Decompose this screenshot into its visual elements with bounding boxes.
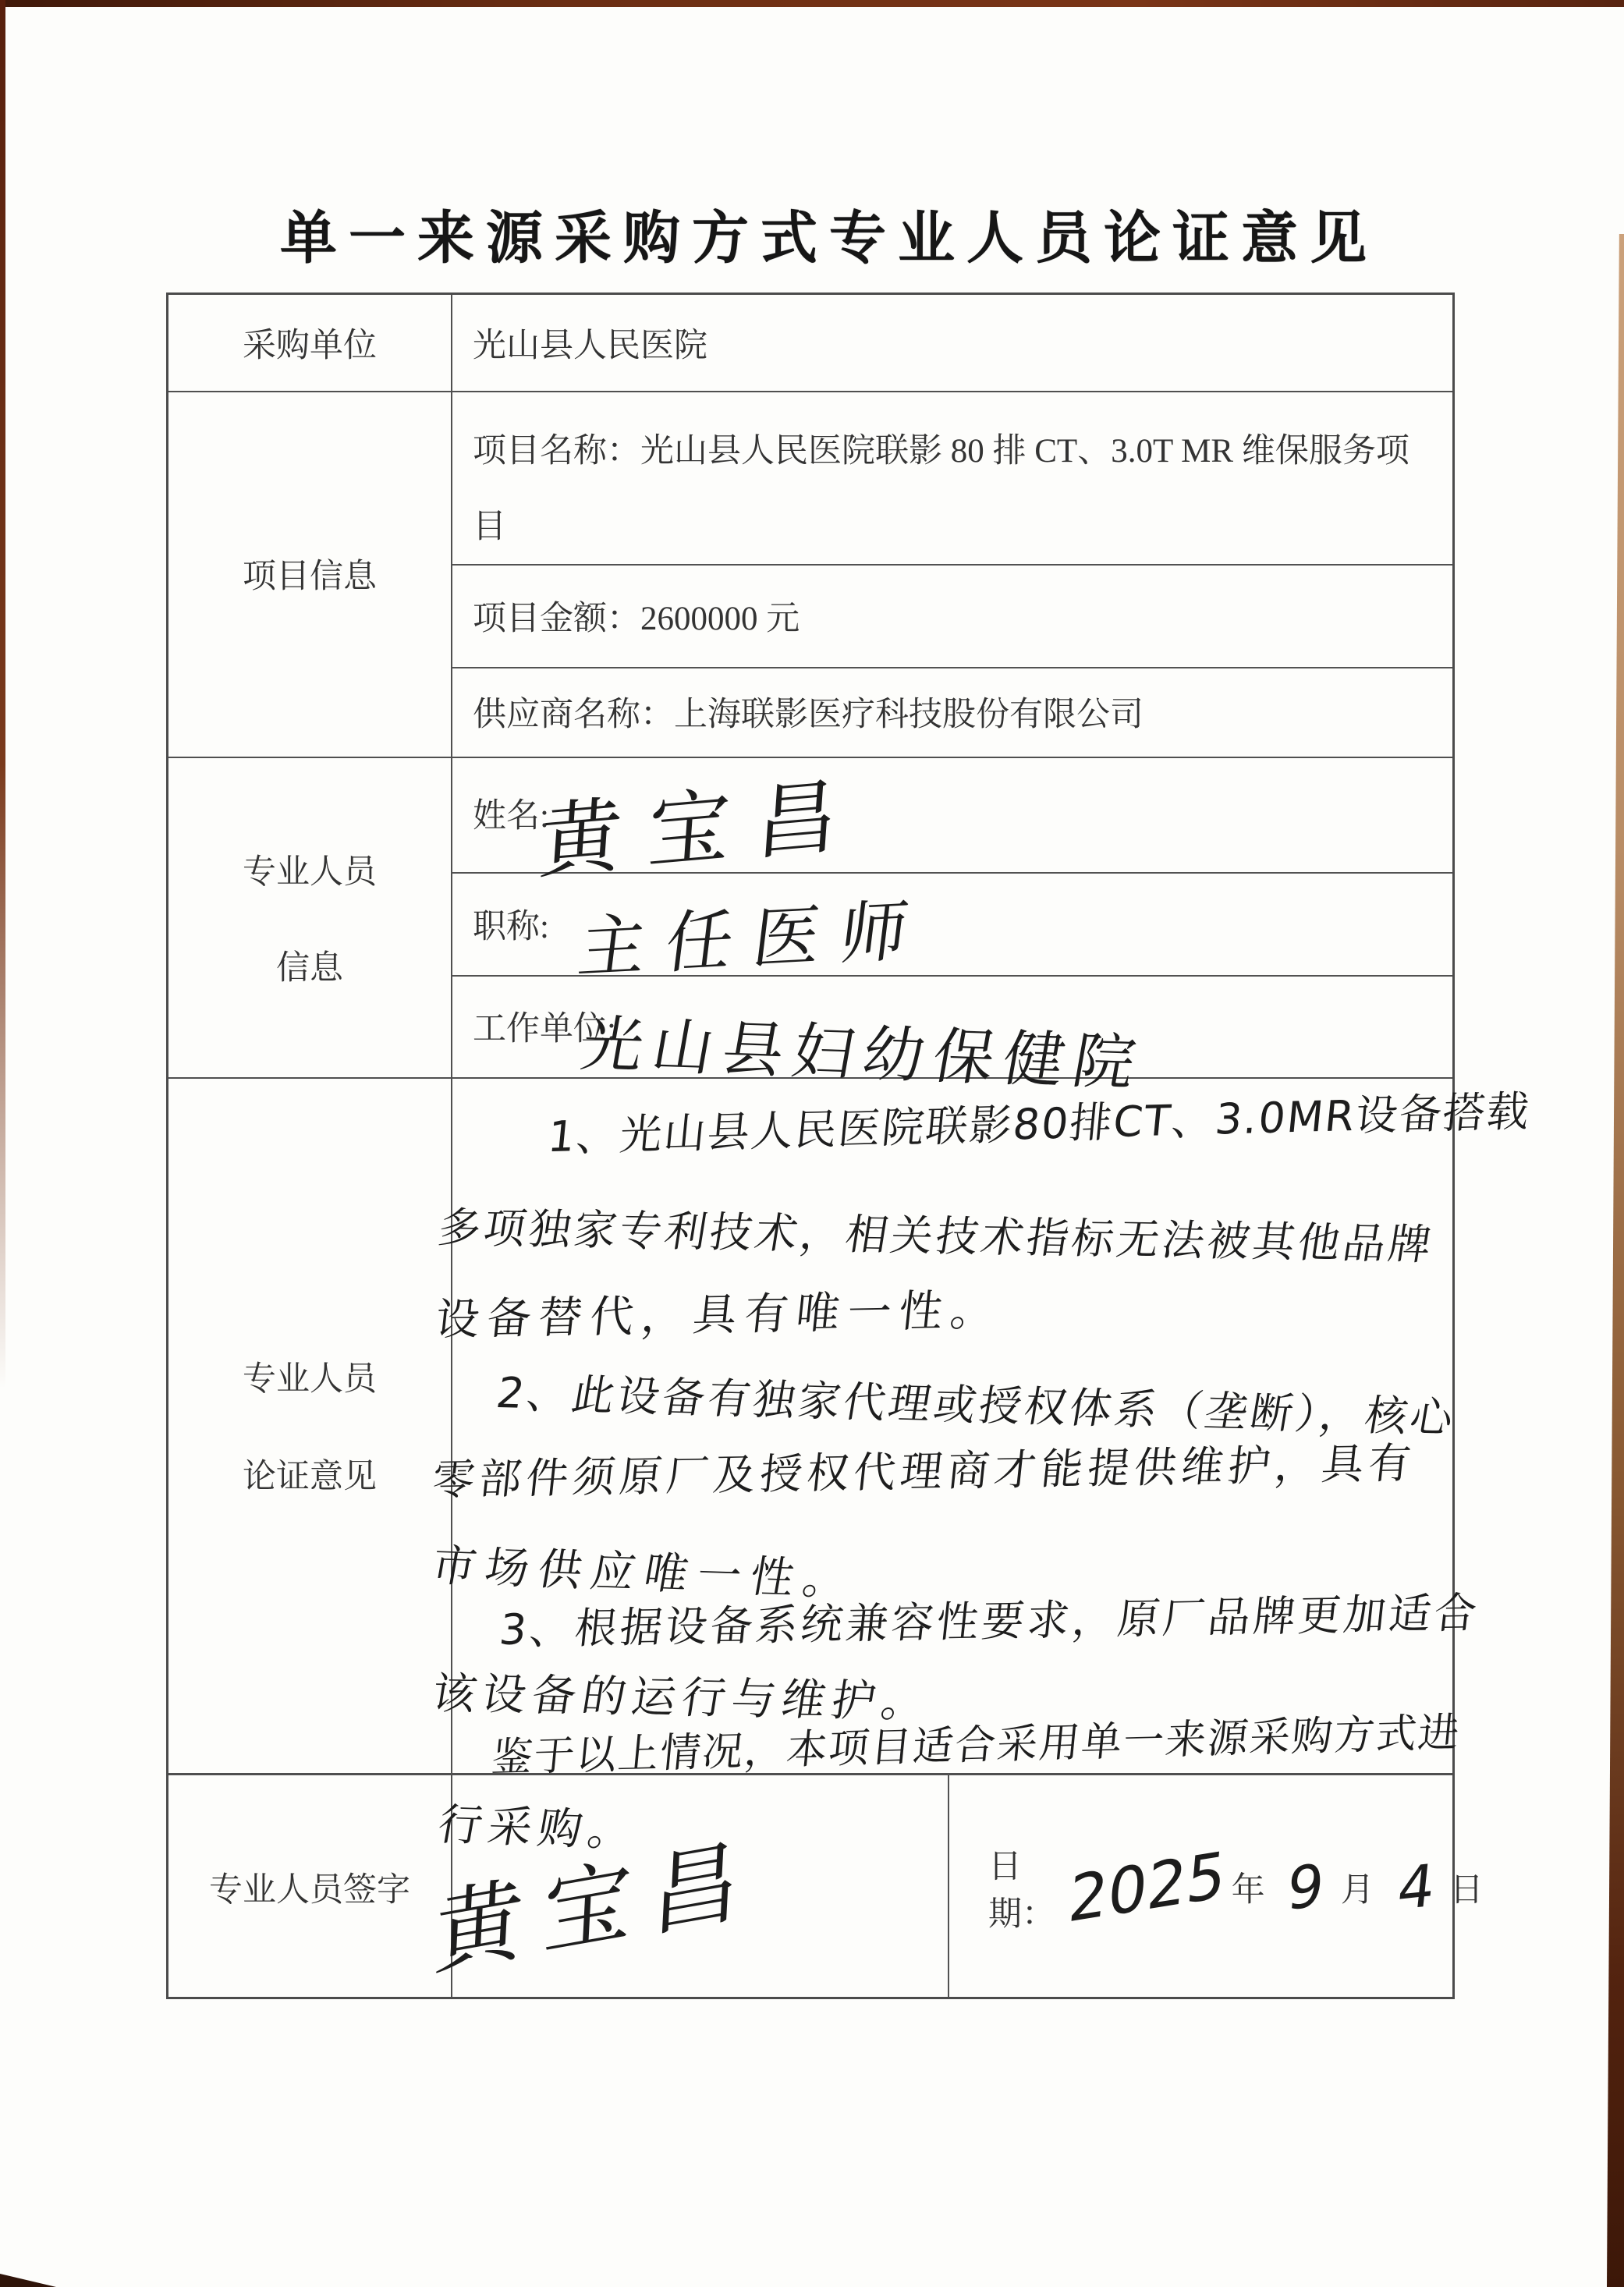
procurement-unit-label: 采购单位 xyxy=(168,295,451,391)
signature-label: 专业人员签字 xyxy=(168,1773,451,2002)
date-cell: 日期： 2025 年 9 月 4 日 xyxy=(949,1773,1456,2002)
date-day-unit: 日 xyxy=(1450,1863,1484,1911)
document-title: 单一来源采购方式专业人员论证意见 xyxy=(0,192,1624,274)
project-supplier-value: 供应商名称：上海联影医疗科技股份有限公司 xyxy=(452,667,1456,757)
scan-edge-bottom-left xyxy=(0,2274,56,2287)
handwritten-person-workunit: 光山县妇幼保健院 xyxy=(576,995,1152,1102)
project-name-value: 项目名称：光山县人民医院联影 80 排 CT、3.0T MR 维保服务项目 xyxy=(452,391,1456,564)
date-label: 日期： xyxy=(988,1840,1055,1935)
handwritten-opinion-line-5: 零部件须原厂及授权代理商才能提供维护，具有 xyxy=(430,1430,1419,1507)
scan-edge-top xyxy=(0,0,1624,7)
opinion-label-line1: 专业人员 xyxy=(243,1353,377,1400)
opinion-label: 专业人员 论证意见 xyxy=(168,1077,451,1773)
scanned-document-page: 单一来源采购方式专业人员论证意见 采购单位 光山县人民医院 项目信息 项目名称：… xyxy=(0,0,1624,2287)
form-table: 采购单位 光山县人民医院 项目信息 项目名称：光山县人民医院联影 80 排 CT… xyxy=(166,293,1455,1999)
project-amount-value: 项目金额：2600000 元 xyxy=(452,564,1456,667)
procurement-unit-value: 光山县人民医院 xyxy=(452,295,1456,391)
date-month-unit: 月 xyxy=(1341,1863,1374,1911)
date-year-unit: 年 xyxy=(1232,1863,1265,1911)
project-info-label: 项目信息 xyxy=(168,391,451,757)
personnel-info-label-line1: 专业人员 xyxy=(243,846,377,893)
handwritten-date-year: 2025 xyxy=(1066,1838,1229,1937)
personnel-info-label-line2: 信息 xyxy=(276,941,343,989)
handwritten-date-month: 9 xyxy=(1284,1851,1326,1924)
handwritten-opinion-line-1: 1、光山县人民医院联影80排CT、3.0MR设备搭载 xyxy=(545,1078,1534,1164)
handwritten-opinion-line-2: 多项独家专利技术，相关技术指标无法被其他品牌 xyxy=(434,1194,1439,1271)
handwritten-person-title: 主任医师 xyxy=(573,875,934,991)
opinion-label-line2: 论证意见 xyxy=(243,1450,377,1498)
handwritten-date-day: 4 xyxy=(1394,1851,1438,1923)
handwritten-opinion-line-3: 设备替代，具有唯一性。 xyxy=(433,1275,1005,1348)
scan-edge-right xyxy=(1607,234,1624,2287)
personnel-info-label: 专业人员 信息 xyxy=(168,757,451,1077)
